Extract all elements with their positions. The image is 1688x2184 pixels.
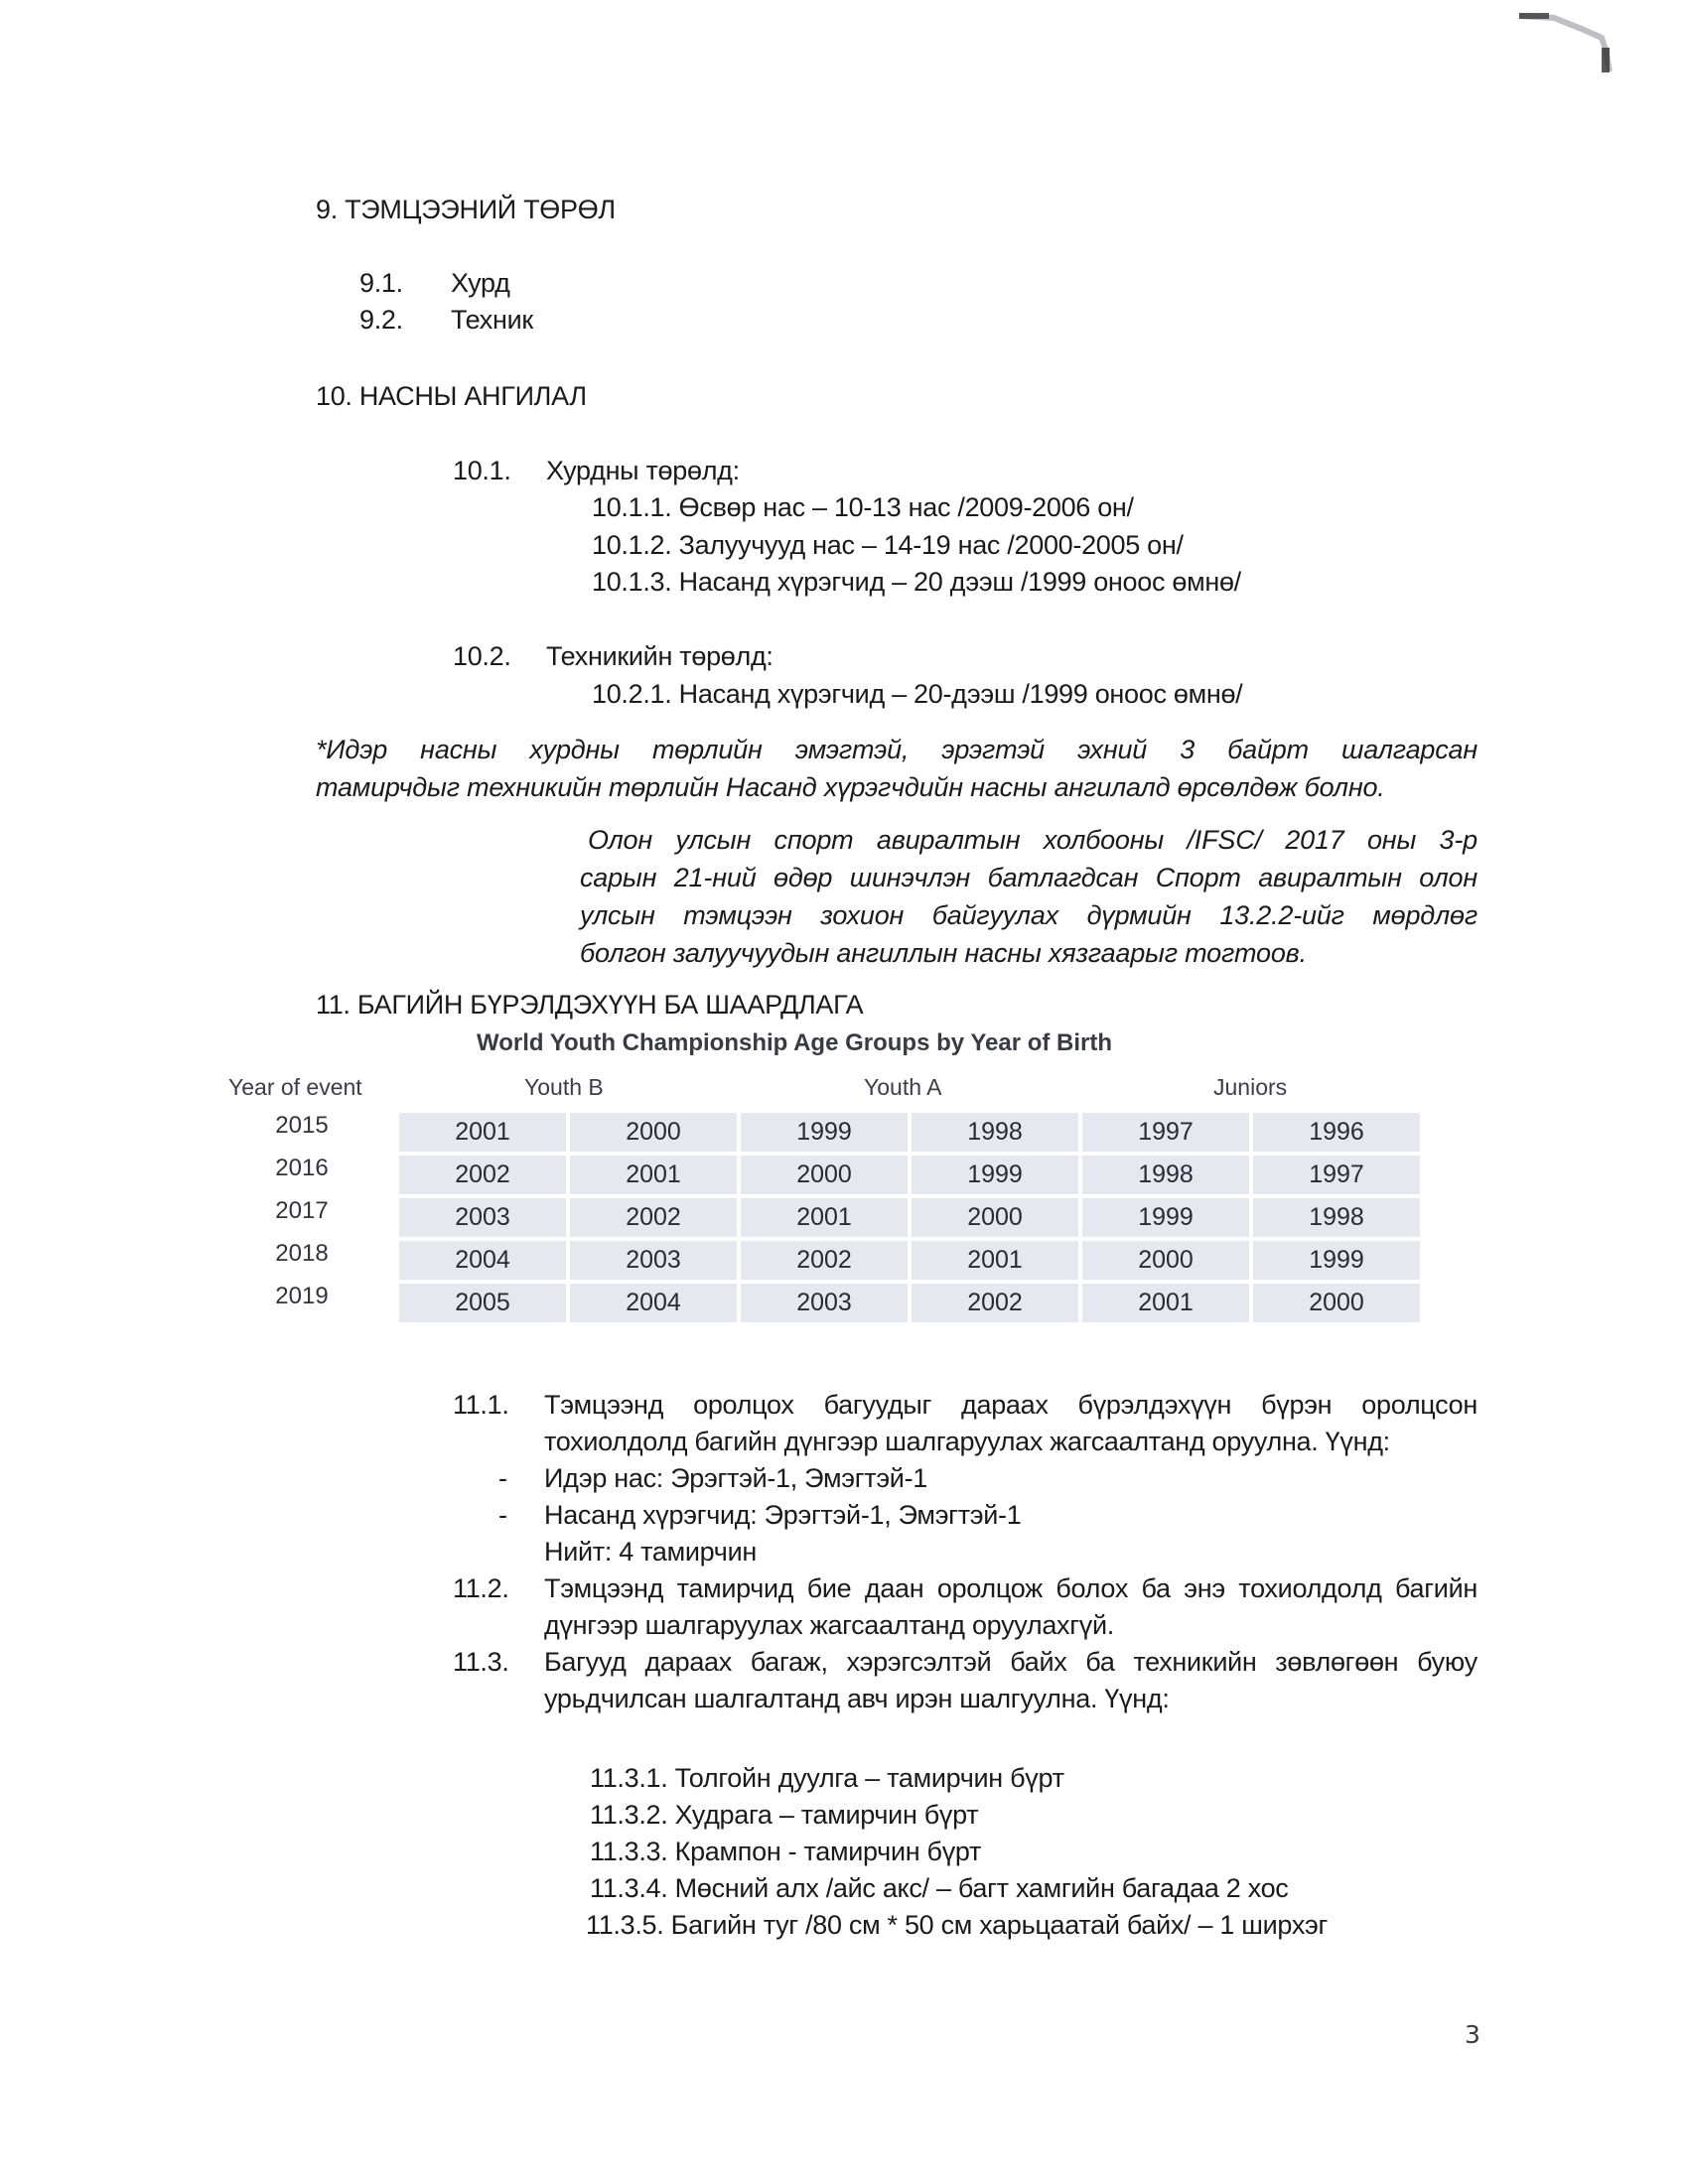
ifsc-line-2: сарын 21-ний өдөр шинэчлэн батлагдсан Сп… — [580, 863, 1477, 893]
table-cell: 1999 — [741, 1113, 908, 1152]
table-cell: 2001 — [570, 1156, 737, 1194]
note-line-1: *Идэр насны хурдны төрлийн эмэгтэй, эрэг… — [316, 735, 1477, 765]
table-cell: 2001 — [1082, 1284, 1249, 1322]
table-cell: 1999 — [912, 1156, 1078, 1194]
table-cell: 2004 — [570, 1284, 737, 1322]
table-cell: 2000 — [570, 1113, 737, 1152]
table-cell: 2000 — [1082, 1241, 1249, 1280]
item-10-1-3: 10.1.3. Насанд хүрэгчид – 20 дээш /1999 … — [592, 567, 1241, 598]
item-11-2-number: 11.2. — [453, 1573, 509, 1604]
item-11-1-number: 11.1. — [453, 1390, 509, 1421]
table-cell: 2000 — [741, 1156, 908, 1194]
item-9-2-number: 9.2. — [359, 305, 403, 336]
year-of-event-cell: 2016 — [272, 1155, 332, 1182]
table-cell: 2003 — [741, 1284, 908, 1322]
table-cell: 2003 — [570, 1241, 737, 1280]
year-of-event-cell: 2015 — [272, 1112, 332, 1140]
item-10-2-number: 10.2. — [453, 641, 511, 672]
table-cell: 2001 — [741, 1198, 908, 1237]
item-11-1-line-2: тохиолдолд багийн дүнгээр шалгаруулах жа… — [544, 1427, 1390, 1457]
section-10-heading: 10. НАСНЫ АНГИЛАЛ — [316, 381, 587, 412]
ifsc-line-4: болгон залуучуудын ангиллын насны хязгаа… — [580, 938, 1307, 969]
table-cell: 2000 — [912, 1198, 1078, 1237]
youth-a-header: Youth A — [864, 1074, 941, 1101]
item-11-3-number: 11.3. — [453, 1647, 509, 1678]
table-cell: 2002 — [399, 1156, 566, 1194]
ifsc-line-1: Олон улсын спорт авиралтын холбооны /IFS… — [588, 825, 1477, 856]
page-number: 3 — [1465, 2020, 1480, 2049]
bullet-youth: Идэр нас: Эрэгтэй-1, Эмэгтэй-1 — [544, 1463, 927, 1494]
age-groups-table: 2001200019991998199719962002200120001999… — [395, 1109, 1424, 1326]
table-cell: 1998 — [1082, 1156, 1249, 1194]
item-11-3-5: 11.3.5. Багийн туг /80 см * 50 см харьца… — [586, 1910, 1328, 1941]
item-11-3-1: 11.3.1. Толгойн дуулга – тамирчин бүрт — [590, 1763, 1064, 1794]
item-10-1-1: 10.1.1. Өсвөр нас – 10-13 нас /2009-2006… — [592, 492, 1134, 523]
item-10-2-title: Техникийн төрөлд: — [546, 641, 774, 672]
table-cell: 1996 — [1253, 1113, 1420, 1152]
section-9-heading: 9. ТЭМЦЭЭНИЙ ТӨРӨЛ — [316, 195, 616, 225]
note-line-2: тамирчдыг техникийн төрлийн Насанд хүрэг… — [316, 772, 1385, 803]
age-table-title: World Youth Championship Age Groups by Y… — [477, 1029, 1112, 1057]
item-10-2-1: 10.2.1. Насанд хүрэгчид – 20-дээш /1999 … — [592, 679, 1242, 710]
table-cell: 1998 — [1253, 1198, 1420, 1237]
table-cell: 2003 — [399, 1198, 566, 1237]
year-of-event-cell: 2019 — [272, 1283, 332, 1310]
section-11-heading: 11. БАГИЙН БҮРЭЛДЭХҮҮН БА ШААРДЛАГА — [316, 990, 863, 1021]
item-9-1-text: Хурд — [451, 268, 510, 299]
item-11-2-line-2: дүнгээр шалгаруулах жагсаалтанд оруулахг… — [544, 1610, 1114, 1641]
table-cell: 2000 — [1253, 1284, 1420, 1322]
table-cell: 2004 — [399, 1241, 566, 1280]
item-11-3-2: 11.3.2. Худрага – тамирчин бүрт — [590, 1800, 978, 1831]
item-10-1-2: 10.1.2. Залуучууд нас – 14-19 нас /2000-… — [592, 530, 1184, 561]
table-cell: 1997 — [1253, 1156, 1420, 1194]
table-cell: 2001 — [399, 1113, 566, 1152]
table-row: 200420032002200120001999 — [399, 1241, 1420, 1280]
table-cell: 2002 — [912, 1284, 1078, 1322]
juniors-header: Juniors — [1213, 1074, 1287, 1101]
bullet-dash: - — [498, 1500, 507, 1531]
table-row: 200320022001200019991998 — [399, 1198, 1420, 1237]
item-11-3-line-2: урьдчилсан шалгалтанд авч ирэн шалгуулна… — [544, 1684, 1170, 1714]
table-row: 200520042003200220012000 — [399, 1284, 1420, 1322]
item-10-1-number: 10.1. — [453, 456, 511, 486]
item-10-1-title: Хурдны төрөлд: — [546, 456, 740, 486]
item-9-2-text: Техник — [451, 305, 533, 336]
table-row: 200220012000199919981997 — [399, 1156, 1420, 1194]
item-11-3-3: 11.3.3. Крампон - тамирчин бүрт — [590, 1837, 981, 1867]
table-cell: 1999 — [1082, 1198, 1249, 1237]
table-cell: 2002 — [741, 1241, 908, 1280]
item-11-2-line-1: Тэмцээнд тамирчид бие даан оролцож болох… — [544, 1573, 1477, 1604]
item-11-3-line-1: Багууд дараах багаж, хэрэгсэлтэй байх ба… — [544, 1647, 1477, 1678]
youth-b-header: Youth B — [524, 1074, 604, 1101]
table-row: 200120001999199819971996 — [399, 1113, 1420, 1152]
table-cell: 2001 — [912, 1241, 1078, 1280]
table-cell: 1998 — [912, 1113, 1078, 1152]
ifsc-line-3: улсын тэмцээн зохион байгуулах дүрмийн 1… — [580, 900, 1477, 931]
scan-artifact-mark — [1514, 10, 1623, 84]
year-of-event-header: Year of event — [228, 1074, 362, 1101]
item-9-1-number: 9.1. — [359, 268, 403, 299]
table-cell: 2005 — [399, 1284, 566, 1322]
year-of-event-cell: 2018 — [272, 1240, 332, 1268]
item-11-3-4: 11.3.4. Мөсний алх /айс акс/ – багт хамг… — [590, 1873, 1289, 1904]
bullet-dash: - — [498, 1463, 507, 1494]
table-cell: 1999 — [1253, 1241, 1420, 1280]
table-cell: 1997 — [1082, 1113, 1249, 1152]
item-11-1-line-1: Тэмцээнд оролцох багуудыг дараах бүрэлдэ… — [544, 1390, 1477, 1421]
total-athletes: Нийт: 4 тамирчин — [544, 1537, 757, 1568]
year-of-event-cell: 2017 — [272, 1197, 332, 1225]
table-cell: 2002 — [570, 1198, 737, 1237]
bullet-adult: Насанд хүрэгчид: Эрэгтэй-1, Эмэгтэй-1 — [544, 1500, 1021, 1531]
